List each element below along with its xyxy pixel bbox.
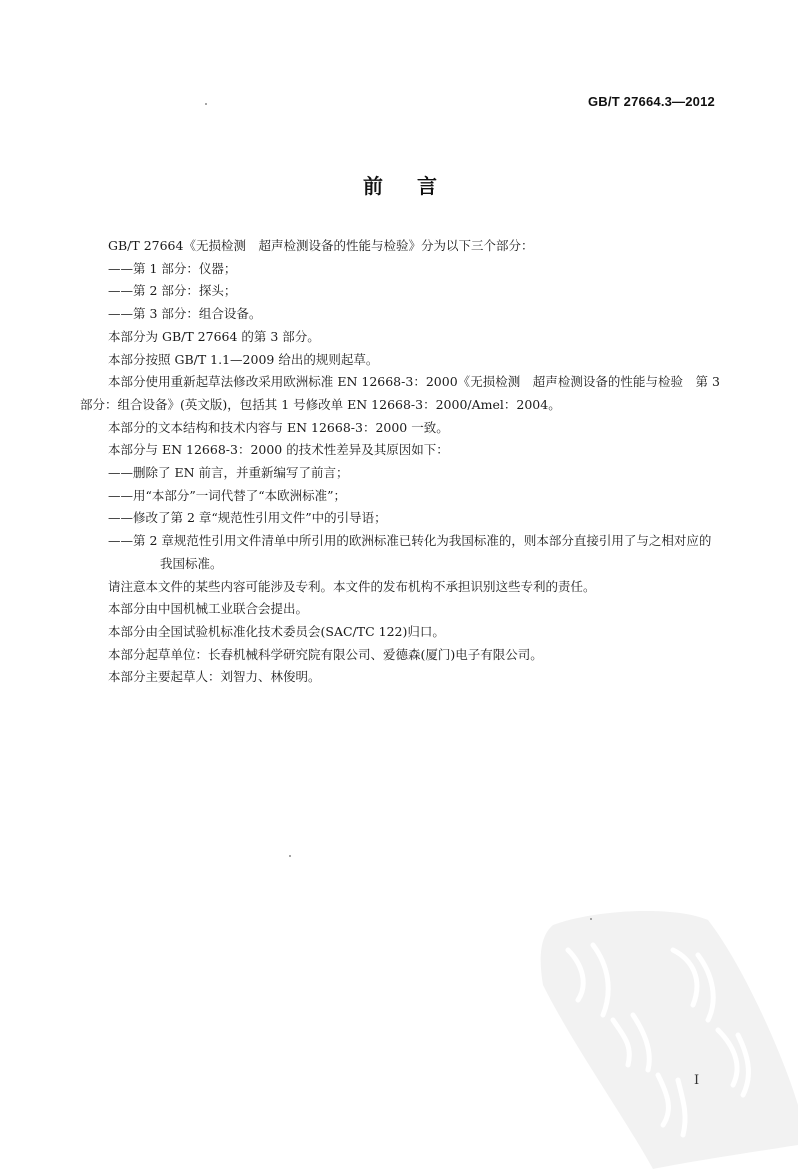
list-item-part3: ——第 3 部分：组合设备。	[80, 303, 720, 326]
scan-speck	[590, 918, 592, 920]
list-item-difference-4: ——第 2 章规范性引用文件清单中所引用的欧洲标准已转化为我国标准的，则本部分直…	[80, 530, 720, 575]
standard-code: GB/T 27664.3—2012	[588, 94, 715, 109]
paragraph-consistency: 本部分的文本结构和技术内容与 EN 12668-3：2000 一致。	[80, 417, 720, 440]
paragraph-drafters: 本部分主要起草人：刘智力、林俊明。	[80, 666, 720, 689]
list-item-part2: ——第 2 部分：探头；	[80, 280, 720, 303]
paragraph-centralized-by: 本部分由全国试验机标准化技术委员会(SAC/TC 122)归口。	[80, 621, 720, 644]
seal-watermark-icon	[533, 905, 798, 1169]
paragraph-intro: GB/T 27664《无损检测 超声检测设备的性能与检验》分为以下三个部分：	[80, 235, 720, 258]
paragraph-differences: 本部分与 EN 12668-3：2000 的技术性差异及其原因如下：	[80, 439, 720, 462]
list-item-difference-2: ——用“本部分”一词代替了“本欧洲标准”；	[80, 485, 720, 508]
list-item-difference-3: ——修改了第 2 章“规范性引用文件”中的引导语；	[80, 507, 720, 530]
paragraph-adoption: 本部分使用重新起草法修改采用欧洲标准 EN 12668-3：2000《无损检测 …	[80, 371, 720, 416]
paragraph-proposed-by: 本部分由中国机械工业联合会提出。	[80, 598, 720, 621]
page-title: 前言	[0, 170, 800, 199]
list-item-difference-1: ——删除了 EN 前言，并重新编写了前言；	[80, 462, 720, 485]
foreword-body: GB/T 27664《无损检测 超声检测设备的性能与检验》分为以下三个部分： —…	[80, 235, 720, 689]
paragraph-drafting-rules: 本部分按照 GB/T 1.1—2009 给出的规则起草。	[80, 349, 720, 372]
paragraph-patent-notice: 请注意本文件的某些内容可能涉及专利。本文件的发布机构不承担识别这些专利的责任。	[80, 576, 720, 599]
scan-speck	[289, 855, 291, 857]
list-item-part1: ——第 1 部分：仪器；	[80, 258, 720, 281]
paragraph-part-statement: 本部分为 GB/T 27664 的第 3 部分。	[80, 326, 720, 349]
paragraph-drafting-units: 本部分起草单位：长春机械科学研究院有限公司、爱德森(厦门)电子有限公司。	[80, 644, 720, 667]
page-number: I	[694, 1073, 699, 1088]
scan-speck	[205, 103, 207, 105]
